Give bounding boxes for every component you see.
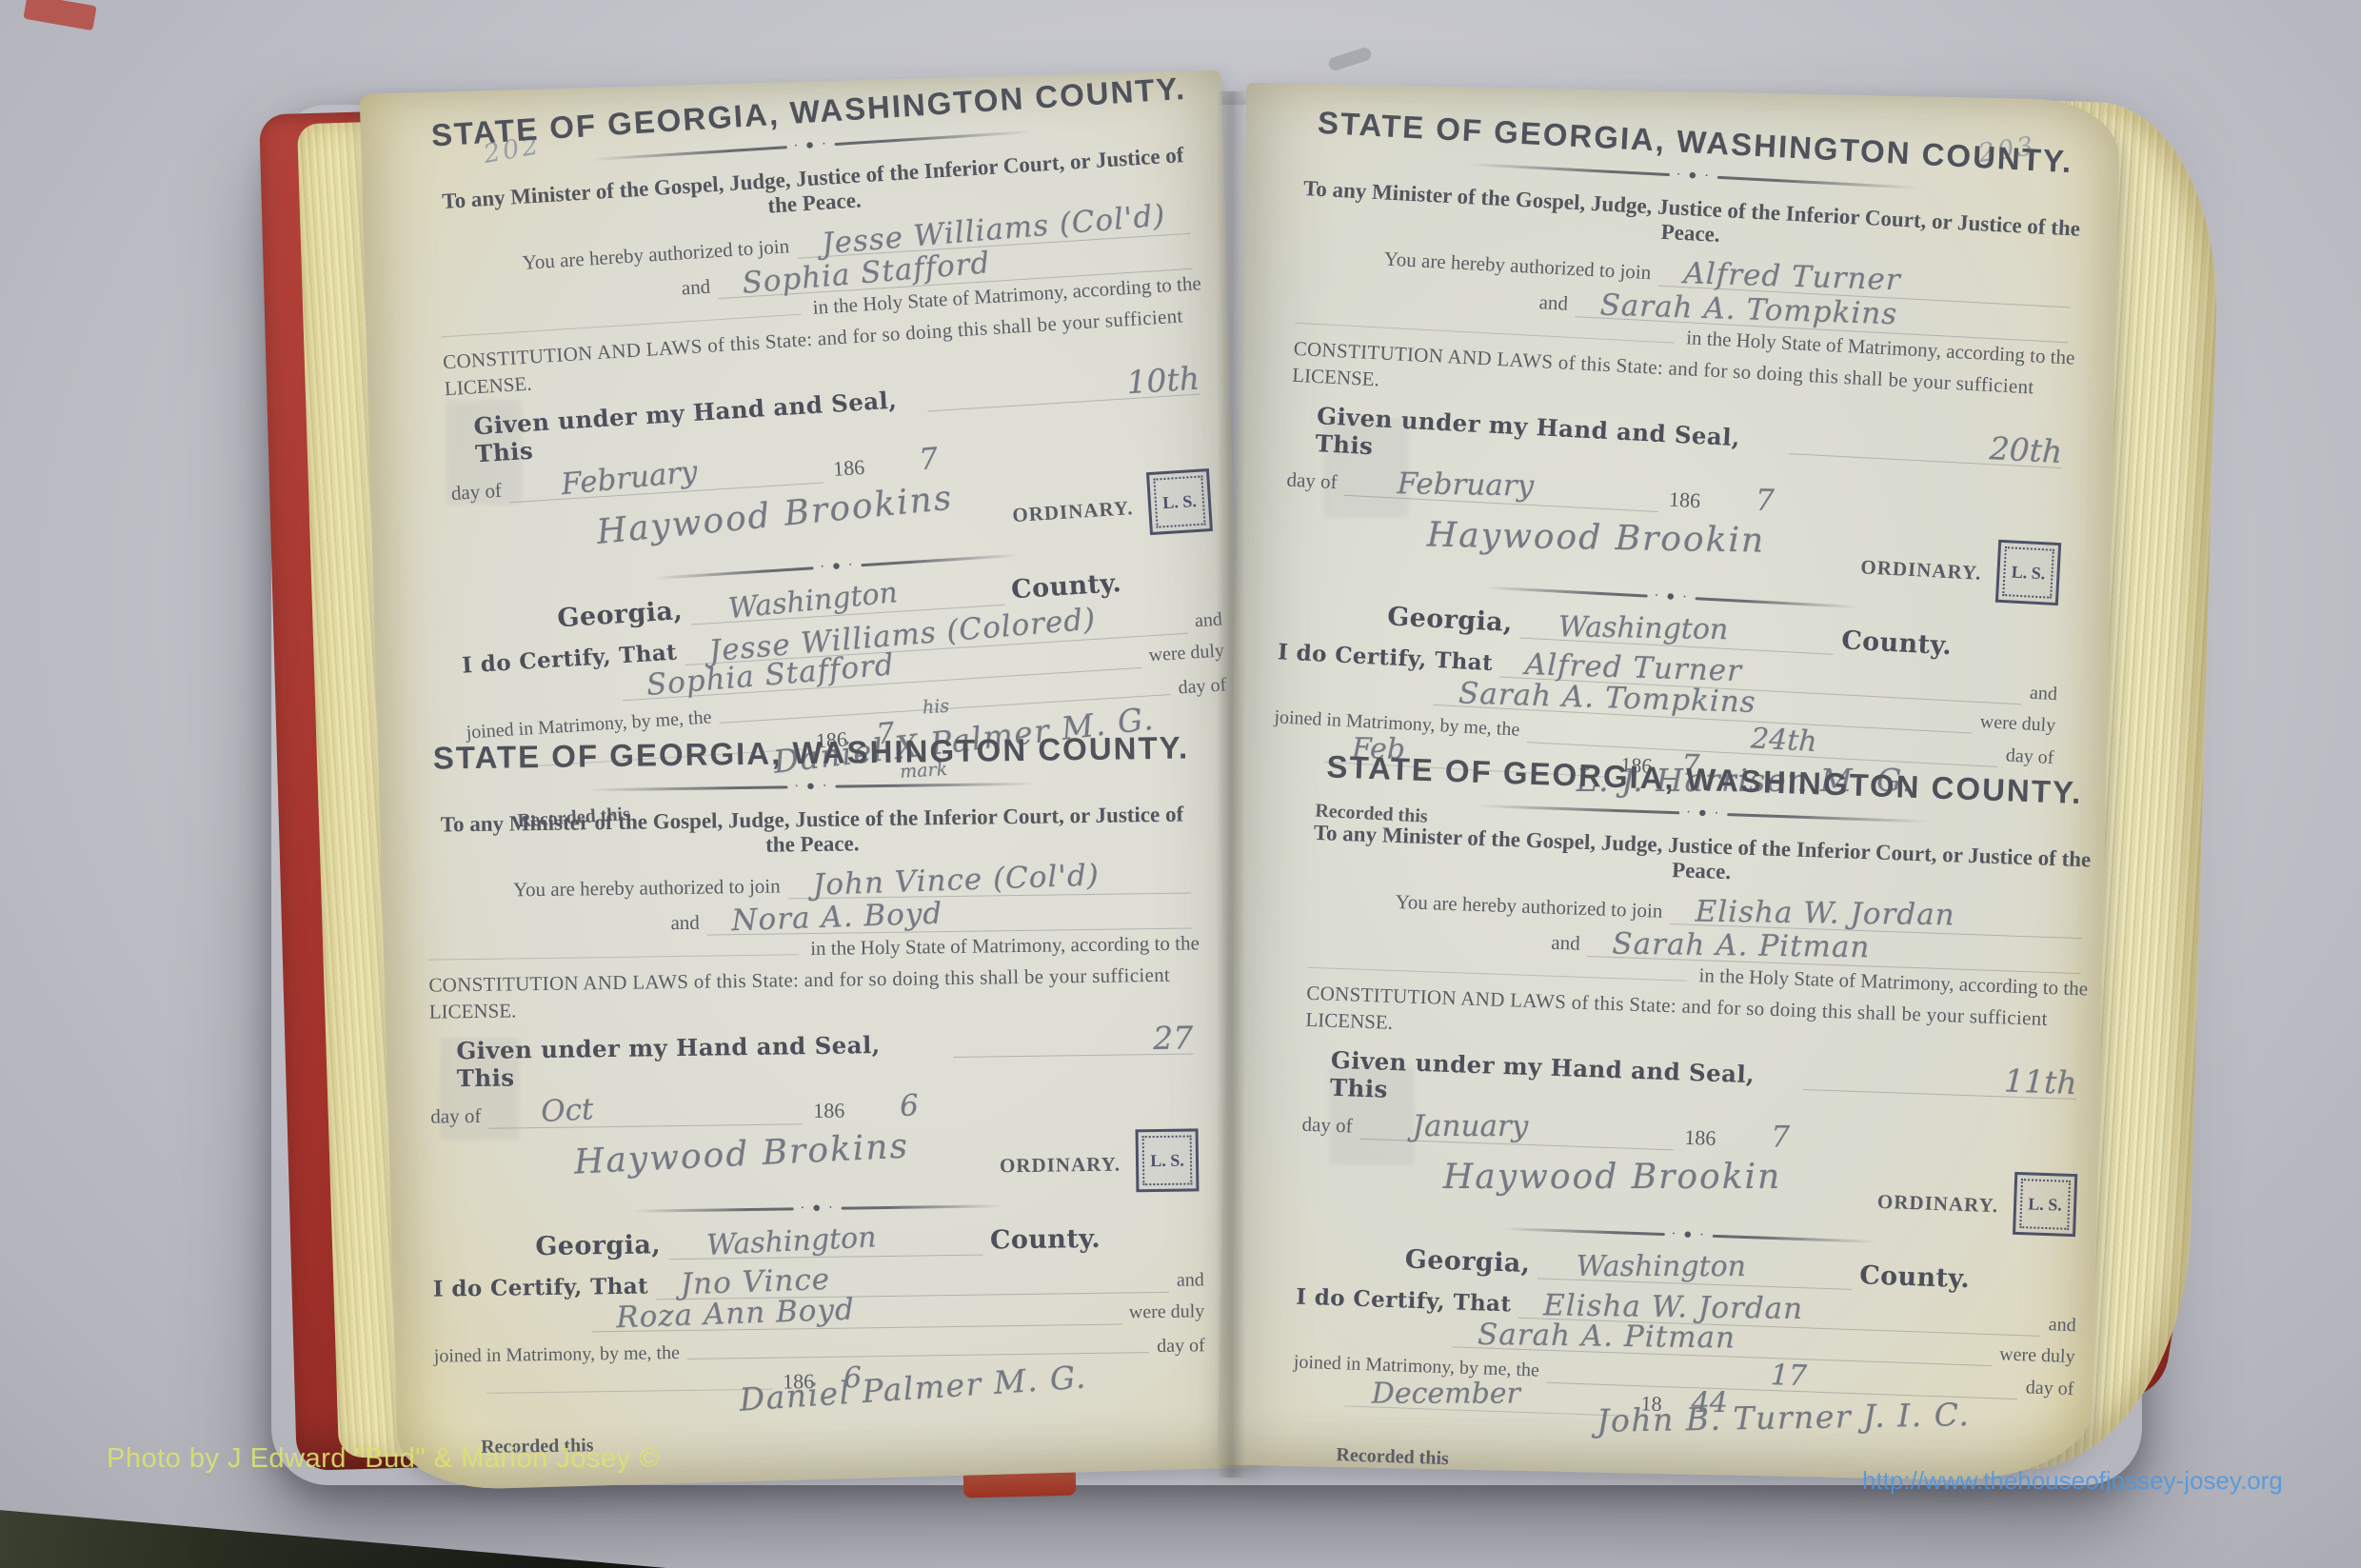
georgia-label: Georgia, bbox=[1404, 1245, 1531, 1280]
groom-name: Alfred Turner bbox=[1658, 258, 1901, 295]
table-edge-shadow bbox=[0, 1485, 666, 1568]
day-of-label: day of bbox=[2005, 744, 2054, 769]
year-handwritten: 6 bbox=[847, 1091, 920, 1124]
ordinary-label: ORDINARY. bbox=[1877, 1190, 1999, 1218]
georgia-county-row: Georgia, Washington County. bbox=[432, 1222, 1203, 1262]
year-handwritten: 7 bbox=[1703, 486, 1775, 516]
license-day: 27 bbox=[953, 1022, 1193, 1057]
ordinary-signature-row: Haywood Brokins ORDINARY. L. S. bbox=[431, 1121, 1203, 1201]
and-label: and bbox=[1194, 609, 1222, 633]
county-name: Washington bbox=[1538, 1253, 1745, 1281]
georgia-label: Georgia, bbox=[535, 1230, 661, 1261]
groom-name: Elisha W. Jordan bbox=[1670, 897, 1954, 930]
and-label: and bbox=[2029, 683, 2057, 705]
were-duly-label: were duly bbox=[1999, 1343, 2075, 1368]
his-mark-top: his bbox=[922, 696, 949, 719]
county-label: County. bbox=[1841, 625, 1953, 661]
ls-seal: L. S. bbox=[1146, 468, 1213, 535]
year-printed: 186 bbox=[1668, 487, 1700, 514]
year-printed: 186 bbox=[1684, 1125, 1716, 1151]
ordinary-label: ORDINARY. bbox=[1012, 496, 1134, 527]
authorize-row: You are hereby authorized to join John V… bbox=[427, 863, 1199, 903]
divider-ornament-icon: · ● · bbox=[587, 776, 1035, 799]
year-printed: 186 bbox=[832, 455, 865, 482]
gray-smudge bbox=[1327, 46, 1373, 72]
ordinary-signature: Haywood Brookin bbox=[1426, 516, 1765, 561]
day-of-label: day of bbox=[1157, 1335, 1205, 1358]
day-of-label: day of bbox=[1286, 468, 1338, 495]
given-under-label: Given under my Hand and Seal, This bbox=[456, 1030, 946, 1092]
day-of-label: day of bbox=[1178, 674, 1227, 699]
bride-name: Nora A. Boyd bbox=[706, 900, 943, 938]
authorize-label: You are hereby authorized to join bbox=[1395, 890, 1662, 923]
georgia-label: Georgia, bbox=[1387, 602, 1514, 638]
and-label: and bbox=[2048, 1314, 2076, 1337]
and-label: and bbox=[1551, 931, 1580, 956]
divider-ornament-icon: · ● · bbox=[632, 1198, 1002, 1219]
ordinary-signature: Haywood Brokins bbox=[573, 1127, 910, 1182]
groom-name: John Vince (Col'd) bbox=[787, 861, 1100, 901]
county-label: County. bbox=[1859, 1260, 1971, 1294]
license-month: Oct bbox=[488, 1095, 595, 1129]
joined-label: joined in Matrimony, by me, the bbox=[434, 1342, 680, 1368]
ordinary-signature: Haywood Brookin bbox=[1443, 1158, 1781, 1197]
ordinary-label: ORDINARY. bbox=[1860, 555, 1982, 586]
cert-day bbox=[687, 1356, 911, 1359]
day-of-label: day of bbox=[450, 479, 503, 506]
authorize-label: You are hereby authorized to join bbox=[513, 875, 781, 903]
cert-bride-name: Sarah A. Pitman bbox=[1453, 1320, 1736, 1353]
license-day: 10th bbox=[926, 363, 1200, 411]
license-month: January bbox=[1360, 1112, 1529, 1141]
license-month: February bbox=[1344, 468, 1534, 501]
county-name: Washington bbox=[667, 1223, 877, 1262]
and-label: and bbox=[1177, 1269, 1204, 1291]
day-of-label: day of bbox=[1301, 1113, 1353, 1139]
addressee-line: To any Minister of the Gospel, Judge, Ju… bbox=[427, 802, 1199, 862]
year-printed: 186 bbox=[813, 1099, 844, 1123]
day-of-label: day of bbox=[2025, 1377, 2073, 1400]
ls-seal: L. S. bbox=[1136, 1128, 1200, 1192]
given-row: Given under my Hand and Seal, This 27 bbox=[429, 1022, 1201, 1092]
matrimony-line: in the Holy State of Matrimony, accordin… bbox=[810, 931, 1200, 961]
ls-seal: L. S. bbox=[1995, 540, 2061, 605]
red-smudge bbox=[23, 0, 96, 30]
marriage-record: STATE OF GEORGIA, WASHINGTON COUNTY. · ●… bbox=[1290, 748, 2095, 1492]
county-label: County. bbox=[990, 1224, 1101, 1256]
were-duly-label: were duly bbox=[1979, 711, 2056, 737]
license-day: 20th bbox=[1789, 422, 2063, 467]
ls-seal: L. S. bbox=[2013, 1172, 2077, 1237]
given-under-label: Given under my Hand and Seal, This bbox=[1329, 1046, 1796, 1118]
license-day: 11th bbox=[1804, 1058, 2077, 1099]
ordinary-label: ORDINARY. bbox=[1000, 1153, 1121, 1179]
marriage-record: STATE OF GEORGIA, WASHINGTON COUNTY. · ●… bbox=[427, 70, 1233, 836]
and-label: and bbox=[670, 911, 700, 935]
year-handwritten: 7 bbox=[1718, 1122, 1790, 1152]
year-handwritten: 7 bbox=[866, 445, 940, 481]
certify-label: I do Certify, That bbox=[433, 1273, 649, 1301]
were-duly-label: were duly bbox=[1129, 1300, 1205, 1323]
georgia-label: Georgia, bbox=[557, 596, 684, 633]
marriage-record: STATE OF GEORGIA, WASHINGTON COUNTY. · ●… bbox=[426, 729, 1206, 1459]
cert-bride-name: Roza Ann Boyd bbox=[591, 1296, 856, 1335]
county-label: County. bbox=[1010, 568, 1122, 605]
county-name: Washington bbox=[1519, 612, 1728, 645]
photo-credit-watermark: Photo by J Edward "Bud" & Marion Josey © bbox=[107, 1443, 660, 1475]
were-duly-label: were duly bbox=[1148, 640, 1225, 666]
bride-name: Sarah A. Pitman bbox=[1588, 929, 1871, 963]
and-label: and bbox=[1538, 290, 1569, 316]
minister-signature: John B. Turner J. I. C. bbox=[1597, 1396, 1971, 1439]
marriage-record: STATE OF GEORGIA, WASHINGTON COUNTY. · ●… bbox=[1269, 104, 2086, 861]
website-url-watermark: http://www.thehouseofjossey-josey.org bbox=[1862, 1466, 2283, 1496]
day-of-label: day of bbox=[430, 1104, 481, 1129]
and-label: and bbox=[681, 275, 711, 301]
